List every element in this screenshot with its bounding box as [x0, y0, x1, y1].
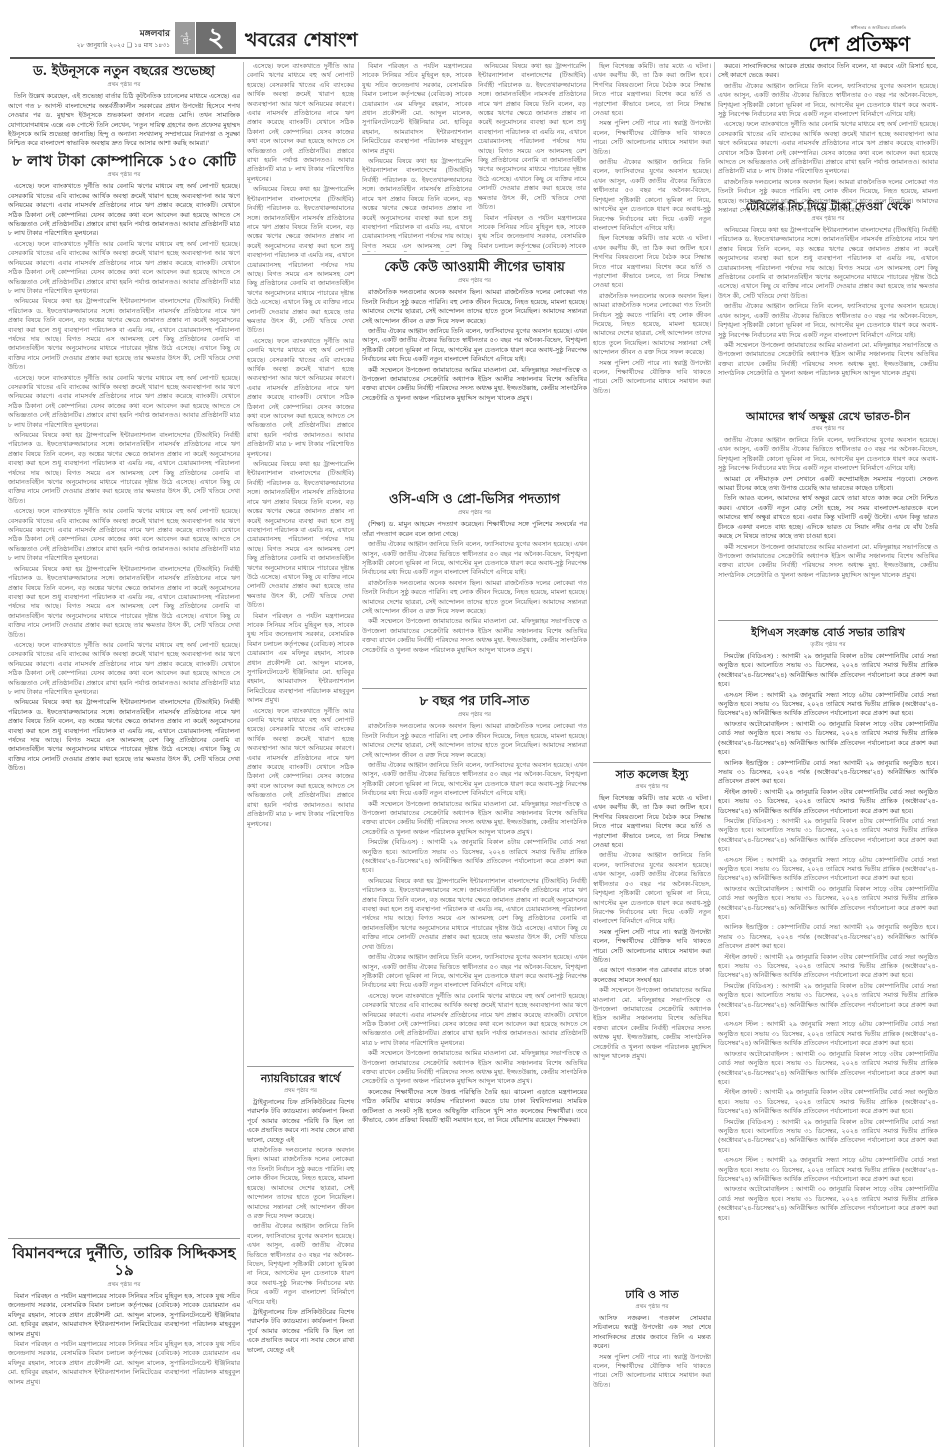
- paragraph: এসেছে। ফলে ব্যাংকখাতে দুর্নীতি আর বেনামি…: [8, 182, 240, 238]
- paragraph: সমস্ত পুলিশ সেটি পারে না। স্বরাষ্ট্র উপদ…: [593, 1353, 711, 1391]
- paragraph: এসেছে। ফলে ব্যাংকখাতে দুর্নীতি আর বেনামি…: [247, 707, 354, 829]
- paragraph: জাতীয় ঐক্যের আহ্বান জানিয়ে তিনি বলেন, …: [593, 851, 711, 926]
- paragraph: তিনি উল্লেখ করেছেন, এই শুভেচ্ছা বার্তার …: [8, 92, 240, 148]
- masthead: মঙ্গলবার ২৮ জানুয়ারি ২০২৫ ❑ ১৪ মাঘ ১৪৩১…: [0, 0, 945, 54]
- masthead-date: ২৮ জানুয়ারি ২০২৫ ❑ ১৪ মাঘ ১৪৩১: [20, 40, 170, 51]
- paragraph: অনিয়মের বিষয়ে কথা হয় ট্রান্সপারেন্সি …: [478, 62, 586, 213]
- paragraph: কর্মী সম্মেলনে উপজেলা জামায়াতের আমির মা…: [718, 543, 938, 581]
- paragraph: আসিফ নজরুল। গতকাল সোমবার সচিবালয়ে স্বরা…: [593, 1314, 711, 1352]
- paragraph: কলেজের শিক্ষার্থীদের সঙ্গে উত্তপ্ত পরিস্…: [362, 1088, 587, 1126]
- paragraph: এসেছে। ফলে ব্যাংকখাতে দুর্নীতি আর বেনামি…: [247, 337, 354, 459]
- column-divider: [243, 62, 244, 1447]
- paragraph: সিমটেক্স (বিডিএস) : আগামী ২৯ জানুয়ারি ব…: [718, 1118, 938, 1156]
- paragraph: সমস্ত পুলিশ সেটি পারে না। স্বরাষ্ট্র উপদ…: [593, 928, 711, 966]
- column-divider: [714, 62, 715, 1447]
- paragraph: এসএস স্টিল : আগামী ২৯ জানুয়ারি সন্ধ্যা …: [718, 1156, 938, 1184]
- headline: ড. ইউনূসকে নতুন বছরের শুভেচ্ছা: [8, 65, 240, 80]
- article-divider: [362, 688, 587, 689]
- paragraph: ছিল বিশেষজ্ঞ কমিটি। তার মধ্যে এ ঘটনা। এখ…: [593, 234, 711, 290]
- headline: ইপিএস সংক্রান্ত বোর্ড সভার তারিখ: [718, 627, 938, 640]
- headline: ৮ বছর পর ঢাবি-সাত: [362, 695, 587, 710]
- paragraph: সিমটেক্স (বিডিএস) : আগামী ২৯ জানুয়ারি ব…: [718, 817, 938, 855]
- byline: প্রথম পৃষ্ঠার পর: [247, 1087, 354, 1096]
- paragraph: অনিয়মের বিষয়ে কথা হয় ট্রান্সপারেন্সি …: [247, 460, 354, 611]
- masthead-day: মঙ্গলবার: [60, 26, 170, 41]
- paragraph: বিমান পরিবহন ও পর্যটন মন্ত্রণালয়ের সাবে…: [247, 612, 354, 706]
- byline: প্রথম পৃষ্ঠার পর: [718, 215, 938, 224]
- paragraph: বিমান পরিবহন ও পর্যটন মন্ত্রণালয়ের সাবে…: [478, 214, 586, 253]
- paragraph: এসেছে। ফলে ব্যাংকখাতে দুর্নীতি আর বেনামি…: [718, 120, 938, 176]
- paragraph: অনিয়মের বিষয়ে কথা হয় ট্রান্সপারেন্সি …: [718, 226, 938, 301]
- paragraph: আফতাব অটোমোবাইলস : আগামী ৩০ জানুয়ারি বি…: [718, 1050, 938, 1088]
- byline: তৃতীয় পৃষ্ঠার পর: [718, 641, 938, 650]
- paragraph: আলিক ইন্ডাস্ট্রিজ : কোম্পানিটির বোর্ড সভ…: [718, 923, 938, 951]
- paragraph: এসেছে। ফলে ব্যাংকখাতে দুর্নীতি আর বেনামি…: [8, 374, 240, 430]
- paragraph: জাতীয় ঐক্যের আহ্বান জানিয়ে তিনি বলেন, …: [718, 82, 938, 120]
- paragraph: জাতীয় ঐক্যের আহ্বান জানিয়ে তিনি বলেন, …: [362, 327, 587, 365]
- paragraph: জাতীয় ঐক্যের আহ্বান জানিয়ে তিনি বলেন, …: [247, 1222, 354, 1307]
- column-divider: [589, 62, 590, 1447]
- article-divider: [8, 1238, 240, 1239]
- paragraph: আলিক ইন্ডাস্ট্রিজ : কোম্পানিটির বোর্ড সভ…: [718, 759, 938, 787]
- paragraph: সমস্ত পুলিশ সেটি পারে না। স্বরাষ্ট্র উপদ…: [593, 119, 711, 157]
- paragraph: আফতাব অটোমোবাইলস : আগামী ৩০ জানুয়ারি বি…: [718, 720, 938, 758]
- headline: কেউ কেউ আওয়ামী লীগের ভাষায়: [362, 261, 587, 276]
- paragraph: রাজনৈতিক দলগুলোর অনেক অবদান ছিল। আমরা রা…: [362, 579, 587, 617]
- paragraph: কর্মী সম্মেলনে উপজেলা জামায়াতের আমির মা…: [362, 366, 587, 404]
- paragraph: এসেছে। ফলে ব্যাংকখাতে দুর্নীতি আর বেনামি…: [362, 992, 587, 1048]
- paragraph: আফতাব অটোমোবাইলস : আগামী ৩০ জানুয়ারি বি…: [718, 1185, 938, 1223]
- byline: প্রথম পৃষ্ঠার পর: [593, 1303, 711, 1312]
- article-tribunal: ন্যায়বিচারের স্বার্থে প্রথম পৃষ্ঠার পর …: [247, 1070, 354, 1447]
- byline: প্রথম পৃষ্ঠার পর: [8, 171, 240, 180]
- article-dhabi-sat: ঢাবি ও সাত প্রথম পৃষ্ঠার পর আসিফ নজরুল। …: [593, 1286, 711, 1447]
- paragraph: সিমটেক্স (বিডিএস) : আগামী ২৯ জানুয়ারি ব…: [362, 838, 587, 876]
- article-seven-college: সাত কলেজ ইস্যু প্রথম পৃষ্ঠার পর ছিল বিশে…: [593, 766, 711, 1281]
- paragraph: সমস্ত পুলিশ সেটি পারে না। স্বরাষ্ট্র উপদ…: [593, 359, 711, 397]
- paragraph: এসএস স্টিল : আগামী ২৯ জানুয়ারি সন্ধ্যা …: [718, 856, 938, 884]
- byline: প্রথম পৃষ্ঠার পর: [362, 277, 587, 286]
- paragraph: রাজনৈতিক দলগুলোর অনেক অবদান ছিল। আমরা রা…: [362, 288, 587, 326]
- paragraph: সিমটেক্স (বিডিএস) : আগামী ২৯ জানুয়ারি ব…: [718, 982, 938, 1020]
- article-eps: ইপিএস সংক্রান্ত বোর্ড সভার তারিখ তৃতীয় …: [718, 624, 938, 1414]
- paragraph: কর্মী সম্মেলনে উপজেলা জামায়াতের আমির মা…: [718, 341, 938, 379]
- paragraph: ট্রাইব্যুনালের চিফ প্রসিকিউটরের বিশেষ পর…: [247, 1098, 354, 1145]
- paragraph: রাজনৈতিক দলগুলোর অনেক অবদান ছিল। আমরা রা…: [362, 722, 587, 760]
- paragraph: এর আগে গতকাল গত রোববার রাতে ঢাকা কলেজের …: [593, 966, 711, 985]
- paragraph: আমরা যে নদীমাতৃক দেশ সেখানে একটি কম্প্রো…: [718, 475, 938, 494]
- headline: আমাদের স্বার্থ অক্ষুণ্ণ রেখে ভারত-চীন: [718, 411, 938, 424]
- paragraph: আফতাব অটোমোবাইলস : আগামী ৩০ জানুয়ারি বি…: [718, 885, 938, 923]
- byline: প্রথম পৃষ্ঠার পর: [362, 509, 587, 518]
- paragraph: জাতীয় ঐক্যের আহ্বান জানিয়ে তিনি বলেন, …: [718, 436, 938, 474]
- paragraph: কর্মী সম্মেলনে উপজেলা জামায়াতের আমির মা…: [362, 800, 587, 838]
- paragraph: স্টাইল ক্রাফট : আগামী ২৯ জানুয়ারি বিকাল…: [718, 788, 938, 816]
- paragraph: অনিয়মের বিষয়ে কথা হয় ট্রান্সপারেন্সি …: [8, 297, 240, 372]
- byline: প্রথম পৃষ্ঠার পর: [8, 1281, 240, 1290]
- paragraph: ছিল বিশেষজ্ঞ কমিটি। তার মধ্যে এ ঘটনা। এখ…: [593, 62, 711, 118]
- paragraph: অনিয়মের বিষয়ে কথা হয় ট্রান্সপারেন্সি …: [247, 185, 354, 336]
- article-india-china: আমাদের স্বার্থ অক্ষুণ্ণ রেখে ভারত-চীন প্…: [718, 408, 938, 633]
- article-divider: [718, 620, 938, 621]
- section-title: খবরের শেষাংশ: [245, 26, 358, 58]
- paragraph: করবে। সাংবাদিকদের আরেক প্রশ্নের জবাবে তি…: [718, 62, 938, 81]
- article-loan: ৮ লাখ টাকা কোম্পানিকে ১৫০ কোটি প্রথম পৃষ…: [8, 153, 240, 774]
- paragraph: কর্মী সম্মেলনে উপজেলা জামায়াতের আমির মা…: [593, 986, 711, 1061]
- paragraph: ট্রাইব্যুনালের চিফ প্রসিকিউটরের বিশেষ পর…: [247, 1308, 354, 1355]
- byline: প্রথম পৃষ্ঠার পর: [593, 783, 711, 792]
- paragraph: রাজনৈতিক দলগুলোর অনেক অবদান ছিল। আমরা রা…: [593, 292, 711, 358]
- paragraph: অনিয়মের বিষয়ে কথা হয় ট্রান্সপারেন্সি …: [362, 877, 587, 952]
- paragraph: কর্মী সম্মেলনে উপজেলা জামায়াতের আমির মা…: [362, 617, 587, 655]
- paragraph: জাতীয় ঐক্যের আহ্বান জানিয়ে তিনি বলেন, …: [362, 761, 587, 799]
- paragraph: এসএস স্টিল : আগামী ২৯ জানুয়ারি সন্ধ্যা …: [718, 691, 938, 719]
- headline: সাত কলেজ ইস্যু: [593, 769, 711, 782]
- paragraph: রাজনৈতিক দলগুলোর অনেক অবদান ছিল। আমরা রা…: [247, 1146, 354, 1221]
- article-bribe: টেবিলের নিচ দিয়ে টাকা দেওয়া থেকে প্রথম…: [718, 198, 938, 428]
- paragraph: স্টাইল ক্রাফট : আগামী ২৯ জানুয়ারি বিকাল…: [718, 953, 938, 981]
- page-number: ২: [196, 22, 236, 54]
- column-3: বিমান পরিবহন ও পর্যটন মন্ত্রণালয়ের সাবে…: [362, 62, 472, 252]
- paragraph: এসেছে। ফলে ব্যাংকখাতে দুর্নীতি আর বেনামি…: [8, 507, 240, 563]
- column-1: ড. ইউনূসকে নতুন বছরের শুভেচ্ছা প্রথম পৃষ…: [8, 62, 240, 1447]
- column-divider: [358, 62, 359, 1447]
- article-dhabi: ৮ বছর পর ঢাবি-সাত প্রথম পৃষ্ঠার পর রাজনৈ…: [362, 692, 587, 1447]
- paragraph: জাতীয় ঐক্যের আহ্বান জানিয়ে তিনি বলেন, …: [362, 540, 587, 578]
- paragraph: জাতীয় ঐক্যের আহ্বান জানিয়ে তিনি বলেন, …: [593, 158, 711, 233]
- paragraph: জাতীয় ঐক্যের আহ্বান জানিয়ে তিনি বলেন, …: [362, 953, 587, 991]
- paragraph: বিমান পরিবহন ও পর্যটন মন্ত্রণালয়ের সাবে…: [8, 1292, 240, 1339]
- headline: টেবিলের নিচ দিয়ে টাকা দেওয়া থেকে: [718, 201, 938, 214]
- paragraph: অনিয়মের বিষয়ে কথা হয় ট্রান্সপারেন্সি …: [362, 157, 472, 252]
- article-divider: [362, 254, 587, 255]
- paragraph: এসেছে। ফলে ব্যাংকখাতে দুর্নীতি আর বেনামি…: [8, 641, 240, 697]
- byline: প্রথম পৃষ্ঠার পর: [718, 425, 938, 434]
- article-divider: [593, 762, 711, 763]
- paragraph: তিনি আরও বলেন, আমাদের স্বার্থ অক্ষুণ্ণ র…: [718, 494, 938, 541]
- article-airport: বিমানবন্দরে দুর্নীতি, তারিক সিদ্দিকসহ ১৯…: [8, 1242, 240, 1447]
- column-4: অনিয়মের বিষয়ে কথা হয় ট্রান্সপারেন্সি …: [478, 62, 586, 252]
- paragraph: জাতীয় ঐক্যের আহ্বান জানিয়ে তিনি বলেন, …: [718, 302, 938, 340]
- article-yunus: ড. ইউনূসকে নতুন বছরের শুভেচ্ছা প্রথম পৃষ…: [8, 65, 240, 149]
- paragraph: এসেছে। ফলে ব্যাংকখাতে দুর্নীতি আর বেনামি…: [247, 62, 354, 184]
- paragraph: সিমটেক্স (বিডিএস) : আগামী ২৯ জানুয়ারি ব…: [718, 652, 938, 690]
- headline: ওসি-এসি ও প্রো-ভিসির পদত্যাগ: [362, 493, 587, 508]
- paragraph: অনিয়মের বিষয়ে কথা হয় ট্রান্সপারেন্সি …: [8, 698, 240, 773]
- masthead-rule: [10, 57, 935, 59]
- byline: প্রথম পৃষ্ঠার পর: [362, 711, 587, 720]
- paragraph: অনিয়মের বিষয়ে কথা হয় ট্রান্সপারেন্সি …: [8, 565, 240, 640]
- column-2: এসেছে। ফলে ব্যাংকখাতে দুর্নীতি আর বেনামি…: [247, 62, 354, 1062]
- paragraph: এসেছে। ফলে ব্যাংকখাতে দুর্নীতি আর বেনামি…: [8, 240, 240, 296]
- paragraph: কর্মী সম্মেলনে উপজেলা জামায়াতের আমির মা…: [362, 1049, 587, 1087]
- headline: ন্যায়বিচারের স্বার্থে: [247, 1073, 354, 1086]
- column-5: ছিল বিশেষজ্ঞ কমিটি। তার মধ্যে এ ঘটনা। এখ…: [593, 62, 711, 762]
- article-awami: কেউ কেউ আওয়ামী লীগের ভাষায় প্রথম পৃষ্ঠ…: [362, 258, 587, 490]
- headline: ৮ লাখ টাকা কোম্পানিকে ১৫০ কোটি: [8, 153, 240, 170]
- article-oc: ওসি-এসি ও প্রো-ভিসির পদত্যাগ প্রথম পৃষ্ঠ…: [362, 490, 587, 685]
- paragraph: (শিক্ষা) ড. মামুন আহমেদ পদত্যাগ করেছেন। …: [362, 520, 587, 539]
- headline: ঢাবি ও সাত: [593, 1289, 711, 1302]
- paragraph: ছিল বিশেষজ্ঞ কমিটি। তার মধ্যে এ ঘটনা। এখ…: [593, 794, 711, 850]
- article-divider: [247, 1066, 354, 1067]
- page-label: পৃষ্ঠা: [175, 22, 195, 54]
- paragraph: এসএস স্টিল : আগামী ২৯ জানুয়ারি সন্ধ্যা …: [718, 1020, 938, 1048]
- paragraph: স্টাইল ক্রাফট : আগামী ২৯ জানুয়ারি বিকাল…: [718, 1088, 938, 1116]
- paragraph: অনিয়মের বিষয়ে কথা হয় ট্রান্সপারেন্সি …: [8, 431, 240, 506]
- paragraph: বিমান পরিবহন ও পর্যটন মন্ত্রণালয়ের সাবে…: [362, 62, 472, 156]
- byline: প্রথম পৃষ্ঠার পর: [8, 81, 240, 90]
- paragraph: বিমান পরিবহন ও পর্যটন মন্ত্রণালয়ের সাবে…: [8, 1340, 240, 1387]
- headline: বিমানবন্দরে দুর্নীতি, তারিক সিদ্দিকসহ ১৯: [8, 1245, 240, 1280]
